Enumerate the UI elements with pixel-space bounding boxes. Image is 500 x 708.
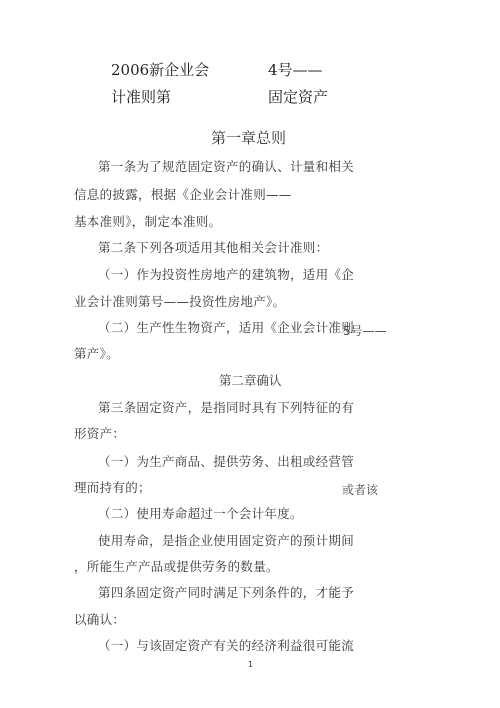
paragraph-line: 第一条为了规范固定资产的确认、计量和相关 <box>98 161 354 174</box>
paragraph-line: （二）使用寿命超过一个会计年度。 <box>98 508 303 521</box>
chapter-2-heading: 第二章确认 <box>219 375 282 388</box>
paragraph-line: （一）作为投资性房地产的建筑物，适用《企 <box>98 269 354 282</box>
doc-title-right-line1: 4号—— <box>268 63 323 78</box>
doc-title-left-line2: 计准则第 <box>111 90 171 105</box>
side-note: 或者该 <box>342 484 378 496</box>
paragraph-line: 第三条固定资产，是指同时具有下列特征的有 <box>98 402 354 415</box>
paragraph-line: 以确认： <box>74 614 125 627</box>
paragraph-line: 使用寿命，是指企业使用固定资产的预计期间 <box>98 535 354 548</box>
paragraph-line: 第二条下列各项适用其他相关会计准则： <box>98 242 328 255</box>
paragraph-line: 第四条固定资产同时满足下列条件的，才能予 <box>98 587 354 600</box>
chapter-1-heading: 第一章总则 <box>211 131 286 146</box>
paragraph-line: 理而持有的； <box>74 482 151 495</box>
paragraph-line: ，所能生产产品或提供劳务的数量。 <box>74 561 279 574</box>
paragraph-line: 基本准则》，制定本准则。 <box>74 216 221 229</box>
doc-title-left-line1: 2006新企业会 <box>111 63 209 78</box>
doc-title-right-line2: 固定资产 <box>268 90 328 105</box>
page-number: 1 <box>248 661 253 669</box>
paragraph-line: 业会计准则第号——投资性房地产》。 <box>74 296 285 309</box>
side-note: 5号—— <box>343 325 387 337</box>
paragraph-line: （一）与该固定资产有关的经济利益很可能流 <box>98 640 354 653</box>
paragraph-line: （一）为生产商品、提供劳务、出租或经营管 <box>98 456 354 469</box>
paragraph-line: 信息的披露，根据《企业会计准则—— <box>74 189 292 202</box>
paragraph-line: 形资产： <box>74 428 125 441</box>
paragraph-line: （二）生产性生物资产，适用《企业会计准则 <box>98 322 354 335</box>
paragraph-line: 第产》。 <box>74 348 119 361</box>
